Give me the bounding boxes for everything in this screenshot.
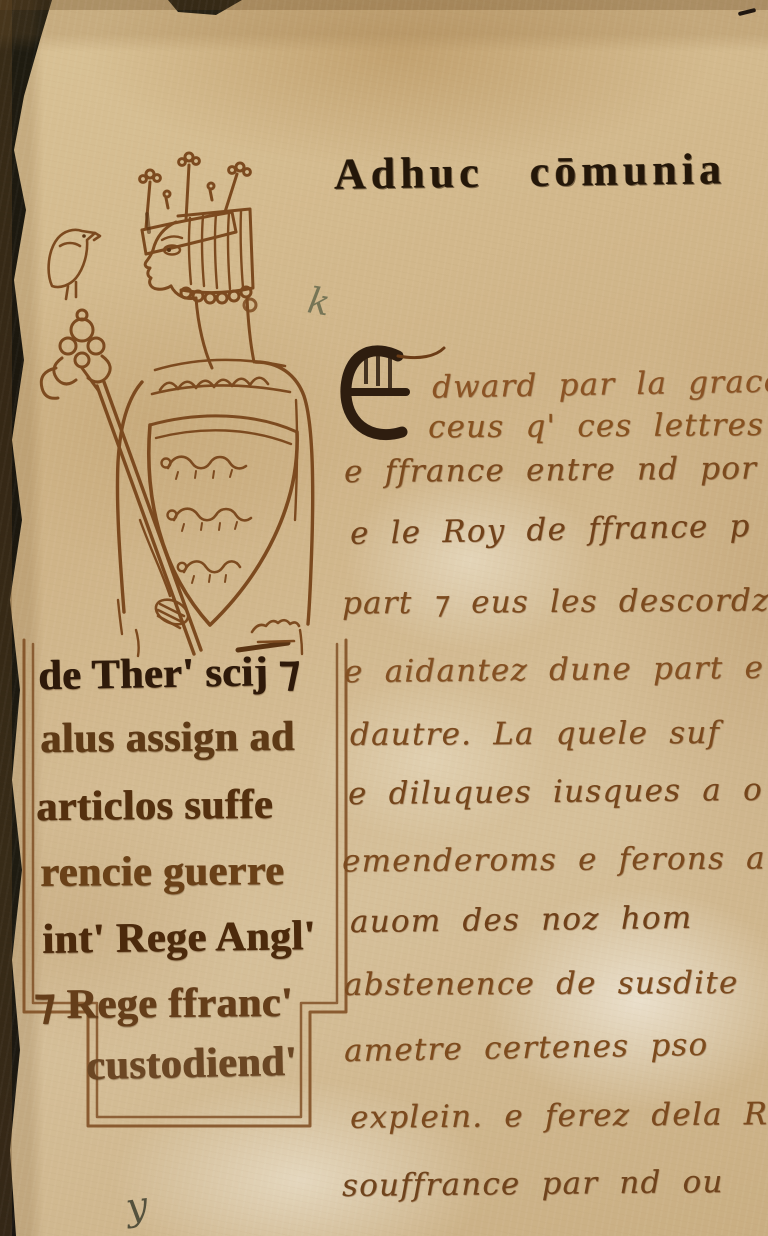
text-line: emenderoms e ferons a [342, 841, 766, 880]
caption-line: articlos suffe [36, 781, 273, 831]
caption-line: rencie guerre [40, 847, 284, 897]
king-illustration [41, 153, 312, 656]
mantle-drawing [117, 362, 312, 656]
caption-line: ⁊ Rege ffranc' [34, 977, 293, 1029]
caption-line: custodiend' [86, 1038, 298, 1090]
hair-drawing [178, 209, 256, 311]
falcon-drawing [49, 230, 100, 299]
text-line: souffrance par nd ou [342, 1164, 724, 1204]
text-line: e ffrance entre nd por nd [344, 450, 768, 490]
text-line: dward par la grace de [432, 362, 768, 405]
manuscript-photo: Adhuc cōmunia [0, 0, 768, 1236]
text-line: part ⁊ eus les descordz [342, 583, 768, 622]
text-line: dautre. La quele suf [350, 715, 720, 753]
text-line: e aidantez dune part e [344, 650, 764, 690]
caption-line: de Ther' scij ⁊ [38, 646, 301, 701]
text-line: e le Roy de ffrance p [350, 508, 751, 552]
text-line: explein. e ferez dela R [350, 1096, 768, 1136]
text-line: abstenence de susdite [344, 965, 739, 1003]
caption-line: int' Rege Angl' [42, 912, 316, 964]
text-line: ametre certenes pso [344, 1027, 709, 1069]
text-line: auom des noz hom [350, 900, 693, 940]
text-line: e diluques iusques a o [348, 772, 763, 812]
caption-line: alus assign ad [40, 713, 295, 763]
text-line: ceus q' ces lettres ve [428, 407, 768, 446]
